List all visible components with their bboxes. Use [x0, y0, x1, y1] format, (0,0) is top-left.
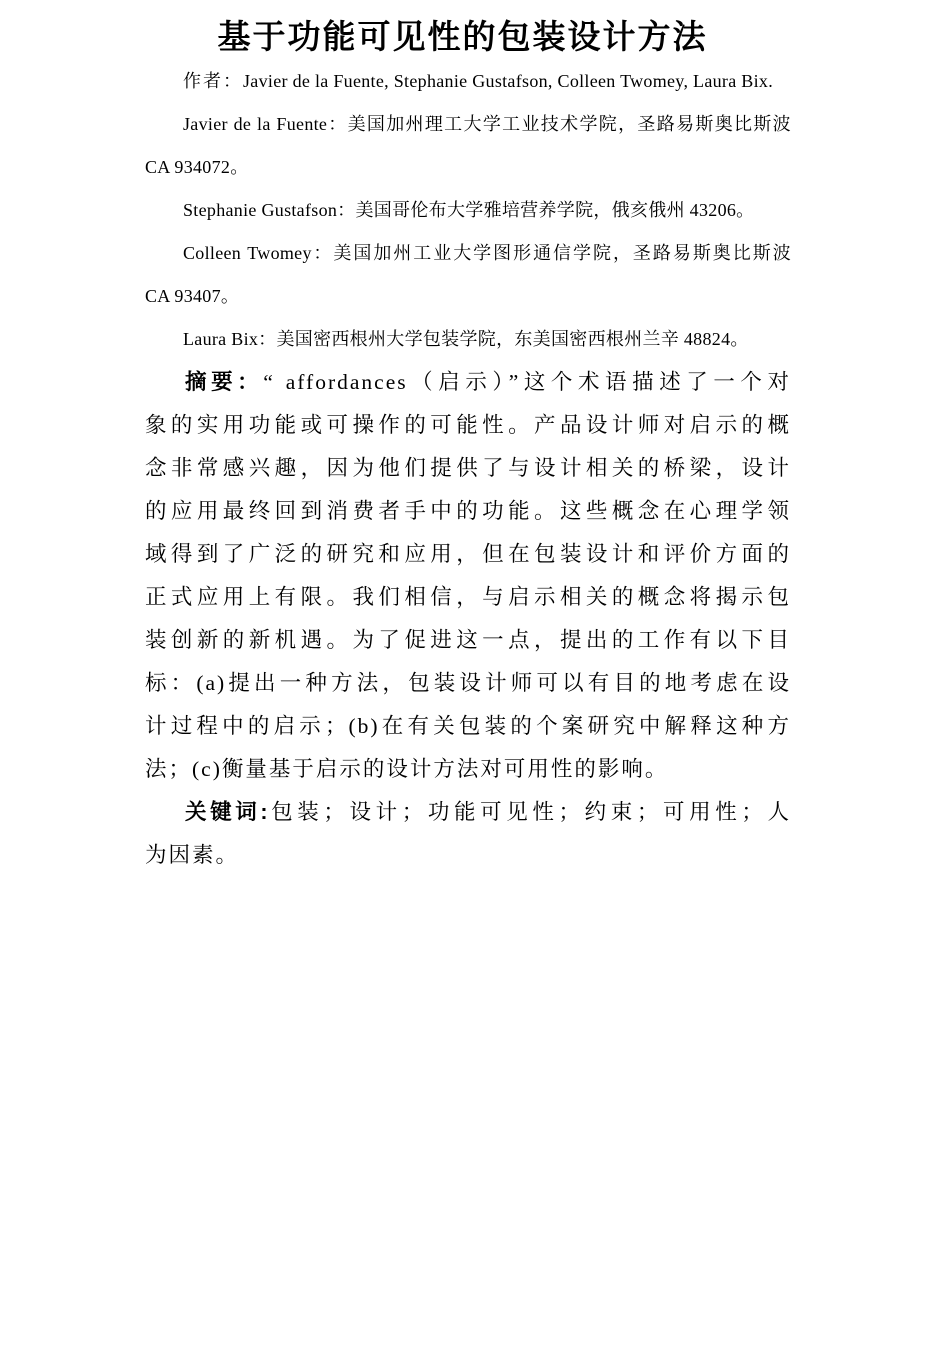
abstract-label: 摘要：: [185, 370, 263, 394]
text-line: Colleen Twomey：美国加州工业大学图形通信学院，圣路易斯奥比斯波: [145, 232, 791, 275]
byline-label: 作者：: [183, 71, 243, 91]
keywords-paragraph: 关键词:包装；设计；功能可见性；约束；可用性；人 为因素。: [145, 791, 791, 877]
keywords-first-line: 关键词:包装；设计；功能可见性；约束；可用性；人: [145, 791, 791, 834]
text-line: 标：(a)提出一种方法，包装设计师可以有目的地考虑在设: [145, 662, 791, 705]
text-line: 象的实用功能或可操作的可能性。产品设计师对启示的概: [145, 404, 791, 447]
text-line: 域得到了广泛的研究和应用，但在包装设计和评价方面的: [145, 533, 791, 576]
byline-authors: Javier de la Fuente, Stephanie Gustafson…: [243, 71, 773, 91]
affiliation-paragraph-bix: Laura Bix：美国密西根州大学包装学院，东美国密西根州兰辛 48824。: [145, 318, 791, 361]
text-line: Javier de la Fuente：美国加州理工大学工业技术学院，圣路易斯奥…: [145, 103, 791, 146]
keywords-last-line: 为因素。: [145, 834, 791, 877]
text-line: 装创新的新机遇。为了促进这一点，提出的工作有以下目: [145, 619, 791, 662]
keywords-first-line-text: 包装；设计；功能可见性；约束；可用性；人: [269, 800, 791, 824]
affiliation-paragraph-twomey: Colleen Twomey：美国加州工业大学图形通信学院，圣路易斯奥比斯波CA…: [145, 232, 791, 318]
text-line: CA 934072。: [145, 146, 791, 189]
text-line: CA 93407。: [145, 275, 791, 318]
text-line: 计过程中的启示；(b)在有关包装的个案研究中解释这种方: [145, 705, 791, 748]
affiliation-paragraph-gustafson: Stephanie Gustafson：美国哥伦布大学雅培营养学院，俄亥俄州 4…: [145, 189, 791, 232]
document-body: 作者：Javier de la Fuente, Stephanie Gustaf…: [145, 60, 791, 877]
abstract-middle-lines: 象的实用功能或可操作的可能性。产品设计师对启示的概念非常感兴趣，因为他们提供了与…: [145, 404, 791, 748]
text-line: 的应用最终回到消费者手中的功能。这些概念在心理学领: [145, 490, 791, 533]
text-line: Stephanie Gustafson：美国哥伦布大学雅培营养学院，俄亥俄州 4…: [145, 189, 791, 232]
affiliation-paragraph-fuente: Javier de la Fuente：美国加州理工大学工业技术学院，圣路易斯奥…: [145, 103, 791, 189]
document-title: 基于功能可见性的包装设计方法: [0, 0, 925, 60]
abstract-first-line: 摘要：“ affordances（启示）”这个术语描述了一个对: [145, 361, 791, 404]
abstract-last-line: 法；(c)衡量基于启示的设计方法对可用性的影响。: [145, 748, 791, 791]
abstract-first-line-text: “ affordances（启示）”这个术语描述了一个对: [263, 370, 791, 394]
document-page: 基于功能可见性的包装设计方法 作者：Javier de la Fuente, S…: [0, 0, 925, 1362]
abstract-paragraph: 摘要：“ affordances（启示）”这个术语描述了一个对 象的实用功能或可…: [145, 361, 791, 791]
text-line: 念非常感兴趣，因为他们提供了与设计相关的桥梁，设计: [145, 447, 791, 490]
text-line: 正式应用上有限。我们相信，与启示相关的概念将揭示包: [145, 576, 791, 619]
keywords-label: 关键词:: [185, 800, 269, 824]
text-line: Laura Bix：美国密西根州大学包装学院，东美国密西根州兰辛 48824。: [145, 318, 791, 361]
byline: 作者：Javier de la Fuente, Stephanie Gustaf…: [145, 60, 791, 103]
